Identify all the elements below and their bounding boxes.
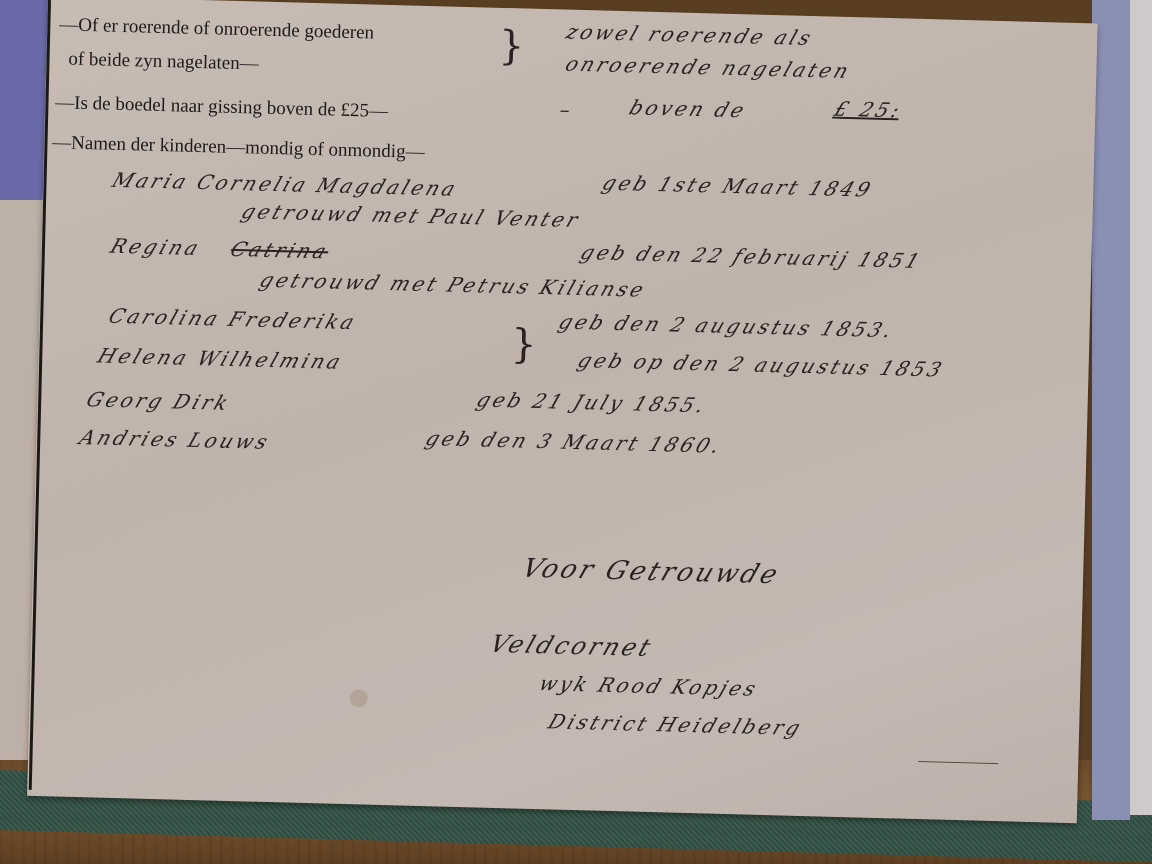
child-2-note: getrouwd met Petrus Kilianse — [256, 268, 649, 302]
child-2-struck-name: Catrina — [227, 237, 332, 263]
child-6-name: Andries Louws — [76, 425, 273, 454]
printed-question-goods-line-1: —Of er roerende of onroerende goederen — [59, 14, 374, 44]
child-4-birth: geb op den 2 augustus 1853 — [574, 348, 947, 381]
signature-underline — [918, 761, 998, 764]
child-1-birth: geb 1ste Maart 1849 — [599, 171, 877, 202]
curly-brace-icon: } — [498, 26, 524, 67]
printed-question-children-names: —Namen der kinderen—mondig of onmondig— — [52, 132, 425, 164]
signature-line-2: Veldcornet — [486, 630, 657, 662]
document-photo: —Of er roerende of onroerende goederen o… — [0, 0, 1152, 864]
child-2-birth: geb den 22 februarij 1851 — [577, 240, 926, 273]
answer-goods-line-2: onroerende nagelaten — [562, 52, 854, 83]
child-1-name: Maria Cornelia Magdalena — [109, 168, 462, 201]
child-2-name: Regina — [107, 234, 204, 260]
register-page: —Of er roerende of onroerende goederen o… — [27, 0, 1098, 823]
child-6-birth: geb den 3 Maart 1860. — [422, 426, 726, 458]
child-4-name: Helena Wilhelmina — [94, 344, 346, 374]
answer-estate-prefix: boven de — [626, 95, 750, 122]
signature-line-1: Voor Getrouwde — [518, 554, 785, 590]
child-5-name: Georg Dirk — [83, 387, 234, 415]
printed-question-goods-line-2: of beide zyn nagelaten— — [68, 49, 259, 76]
answer-estate-dash: – — [556, 98, 577, 122]
answer-goods-line-1: zowel roerende als — [563, 20, 817, 50]
child-3-name: Carolina Frederika — [105, 304, 360, 334]
child-3-birth: geb den 2 augustus 1853. — [555, 310, 898, 343]
curly-brace-icon: } — [511, 324, 537, 365]
blue-paper-edge-right — [1092, 0, 1130, 820]
signature-line-4: District Heidelberg — [545, 709, 806, 739]
signature-line-3: wyk Rood Kopjes — [536, 671, 762, 700]
child-1-note: getrouwd met Paul Venter — [238, 199, 584, 232]
printed-question-estate-value: —Is de boedel naar gissing boven de £25— — [55, 92, 388, 123]
answer-estate-amount: £ 25: — [831, 97, 906, 123]
child-5-birth: geb 21 July 1855. — [473, 387, 710, 417]
paper-stain — [349, 689, 367, 707]
